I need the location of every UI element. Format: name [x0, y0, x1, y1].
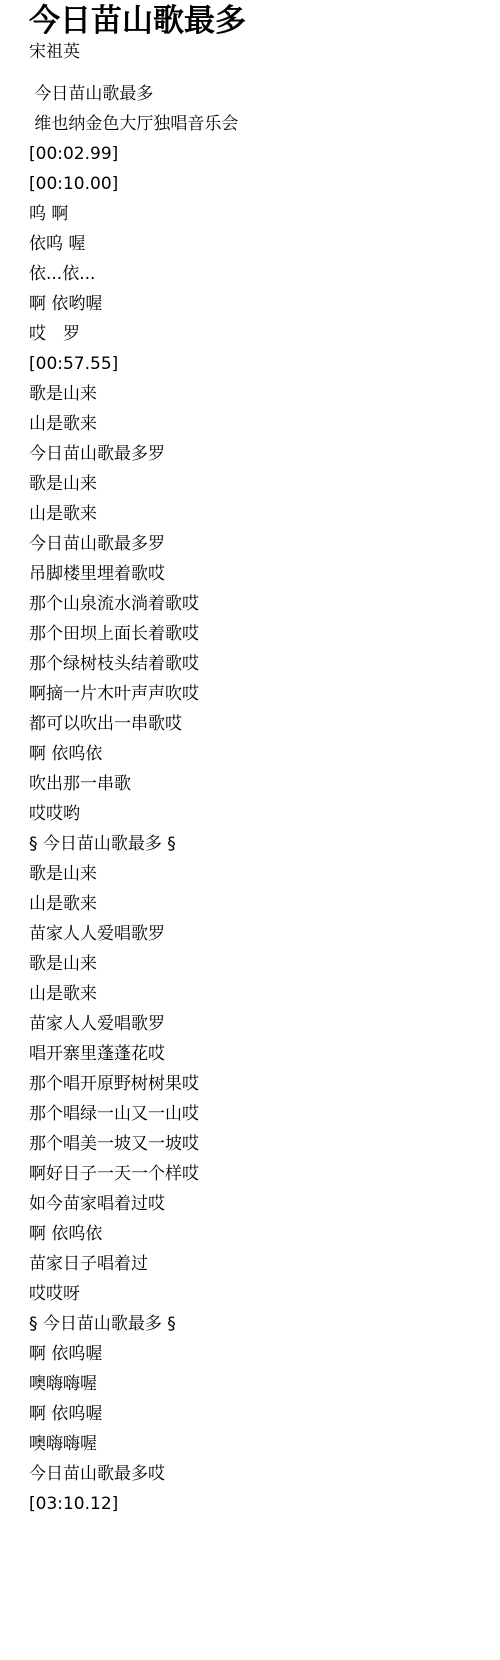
lyric-line: 那个唱美一坡又一坡哎: [29, 1129, 480, 1159]
lyric-line: 苗家人人爱唱歌罗: [29, 919, 480, 949]
lyric-line: 那个唱绿一山又一山哎: [29, 1099, 480, 1129]
lyric-line: 噢嗨嗨喔: [29, 1369, 480, 1399]
lyric-line: 今日苗山歌最多罗: [29, 529, 480, 559]
lyric-line: [00:57.55]: [29, 349, 480, 379]
lyric-line: 啊 依呜依: [29, 1219, 480, 1249]
lyric-line: 苗家日子唱着过: [29, 1249, 480, 1279]
lyric-line: 山是歌来: [29, 889, 480, 919]
lyric-line: 那个绿树枝头结着歌哎: [29, 649, 480, 679]
lyric-line: 那个唱开原野树树果哎: [29, 1069, 480, 1099]
lyric-line: 今日苗山歌最多罗: [29, 439, 480, 469]
lyric-line: 吊脚楼里埋着歌哎: [29, 559, 480, 589]
lyric-line: 哎 罗: [29, 319, 480, 349]
lyric-line: 哎哎哟: [29, 799, 480, 829]
lyric-line: [03:10.12]: [29, 1489, 480, 1519]
lyric-line: 依...依...: [29, 259, 480, 289]
lyric-line: 今日苗山歌最多哎: [29, 1459, 480, 1489]
lyric-line: 呜 啊: [29, 199, 480, 229]
lyric-line: 啊 依呜依: [29, 739, 480, 769]
lyric-line: 那个田坝上面长着歌哎: [29, 619, 480, 649]
lyric-line: 山是歌来: [29, 409, 480, 439]
lyrics-block: 今日苗山歌最多 维也纳金色大厅独唱音乐会[00:02.99][00:10.00]…: [29, 79, 480, 1519]
lyric-line: [00:02.99]: [29, 139, 480, 169]
lyric-line: 那个山泉流水淌着歌哎: [29, 589, 480, 619]
lyric-line: 啊 依呜喔: [29, 1399, 480, 1429]
lyric-line: 山是歌来: [29, 979, 480, 1009]
artist-name: 宋祖英: [29, 40, 480, 64]
lyric-line: 吹出那一串歌: [29, 769, 480, 799]
lyrics-page: 今日苗山歌最多 宋祖英 今日苗山歌最多 维也纳金色大厅独唱音乐会[00:02.9…: [0, 0, 500, 1519]
page-title: 今日苗山歌最多: [29, 2, 480, 40]
lyric-line: 山是歌来: [29, 499, 480, 529]
lyric-line: 噢嗨嗨喔: [29, 1429, 480, 1459]
lyric-line: § 今日苗山歌最多 §: [29, 829, 480, 859]
lyric-line: 歌是山来: [29, 379, 480, 409]
lyric-line: 唱开寨里蓬蓬花哎: [29, 1039, 480, 1069]
lyric-line: 依呜 喔: [29, 229, 480, 259]
lyric-line: [00:10.00]: [29, 169, 480, 199]
lyric-line: § 今日苗山歌最多 §: [29, 1309, 480, 1339]
lyric-line: 啊 依哟喔: [29, 289, 480, 319]
lyric-line: 维也纳金色大厅独唱音乐会: [29, 109, 480, 139]
lyric-line: 啊好日子一天一个样哎: [29, 1159, 480, 1189]
lyric-line: 都可以吹出一串歌哎: [29, 709, 480, 739]
lyric-line: 苗家人人爱唱歌罗: [29, 1009, 480, 1039]
lyric-line: 歌是山来: [29, 949, 480, 979]
lyric-line: 今日苗山歌最多: [29, 79, 480, 109]
lyric-line: 啊 依呜喔: [29, 1339, 480, 1369]
lyric-line: 歌是山来: [29, 859, 480, 889]
lyric-line: 哎哎呀: [29, 1279, 480, 1309]
lyric-line: 歌是山来: [29, 469, 480, 499]
lyric-line: 如今苗家唱着过哎: [29, 1189, 480, 1219]
lyric-line: 啊摘一片木叶声声吹哎: [29, 679, 480, 709]
